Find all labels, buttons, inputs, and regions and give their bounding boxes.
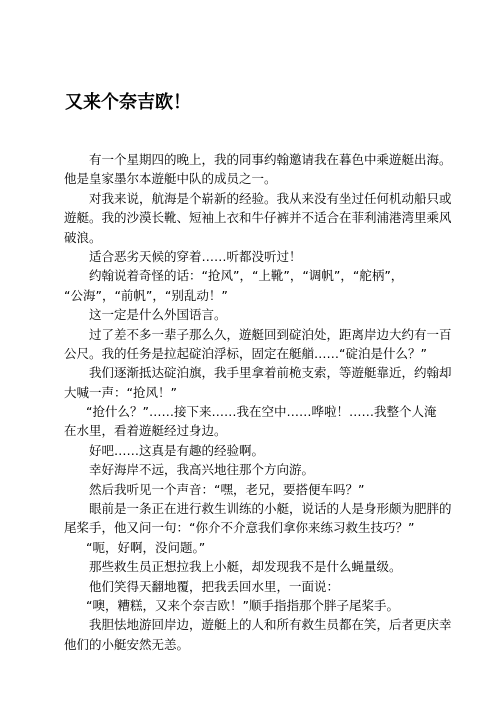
text-line: 对我来说，航海是个崭新的经验。我从来没有坐过任何机动船只或 [64,189,444,208]
text-line: 适合恶劣天候的穿着……听都没听过！ [64,247,444,266]
document-body: 有一个星期四的晚上，我的同事约翰邀请我在暮色中乘遊艇出海。 他是皇家墨尔本遊艇中… [64,150,444,654]
text-line: 大喊一声：“抢风！” [64,383,444,402]
text-line: 幸好海岸不远，我高兴地往那个方向游。 [64,460,444,479]
text-line: 破浪。 [64,228,444,247]
text-line: 他们笑得天翻地覆，把我丢回水里，一面说： [64,577,444,596]
text-line: 眼前是一条正在进行救生训练的小艇，说话的人是身形颇为肥胖的 [64,499,444,518]
text-line: 在水里，看着遊艇经过身边。 [64,421,444,440]
text-line: 那些救生员正想拉我上小艇，却发现我不是什么蝇量级。 [64,557,444,576]
text-line: 我们逐渐抵达碇泊旗，我手里拿着前桅支索，等遊艇靠近，约翰却 [64,363,444,382]
document-title: 又来个奈吉欧！ [65,88,191,114]
text-line: “噢，糟糕，又来个奈吉欧！”顺手指指那个胖子尾桨手。 [64,596,444,615]
text-line: 这一定是什么外国语言。 [64,305,444,324]
text-line: 遊艇。我的沙漠长靴、短袖上衣和牛仔裤并不适合在菲利浦港湾里乘风 [64,208,444,227]
text-line: 然后我听见一个声音：“嘿，老兄，要搭便车吗？” [64,480,444,499]
text-line: 尾桨手，他又问一句：“你介不介意我们拿你来练习救生技巧？” [64,518,444,537]
text-line: 约翰说着奇怪的话：“抢风”，“上靴”，“调帆”，“舵柄”， [64,266,444,285]
text-line: 他们的小艇安然无恙。 [64,635,444,654]
text-line: 过了差不多一辈子那么久，遊艇回到碇泊处，距离岸边大约有一百 [64,325,444,344]
text-line: “抢什么？”……接下来……我在空中……哗啦！……我整个人淹 [64,402,444,421]
text-line: 好吧……这真是有趣的经验啊。 [64,441,444,460]
text-line: 公尺。我的任务是拉起碇泊浮标，固定在艇艏……“碇泊是什么？” [64,344,444,363]
text-line: 有一个星期四的晚上，我的同事约翰邀请我在暮色中乘遊艇出海。 [64,150,444,169]
text-line: “呃，好啊，没问题。” [64,538,444,557]
text-line: “公海”，“前帆”，“别乱动！” [64,286,444,305]
document-page: 又来个奈吉欧！ 有一个星期四的晚上，我的同事约翰邀请我在暮色中乘遊艇出海。 他是… [0,0,501,711]
text-line: 我胆怯地游回岸边，遊艇上的人和所有救生员都在笑，后者更庆幸 [64,615,444,634]
text-line: 他是皇家墨尔本遊艇中队的成员之一。 [64,169,444,188]
